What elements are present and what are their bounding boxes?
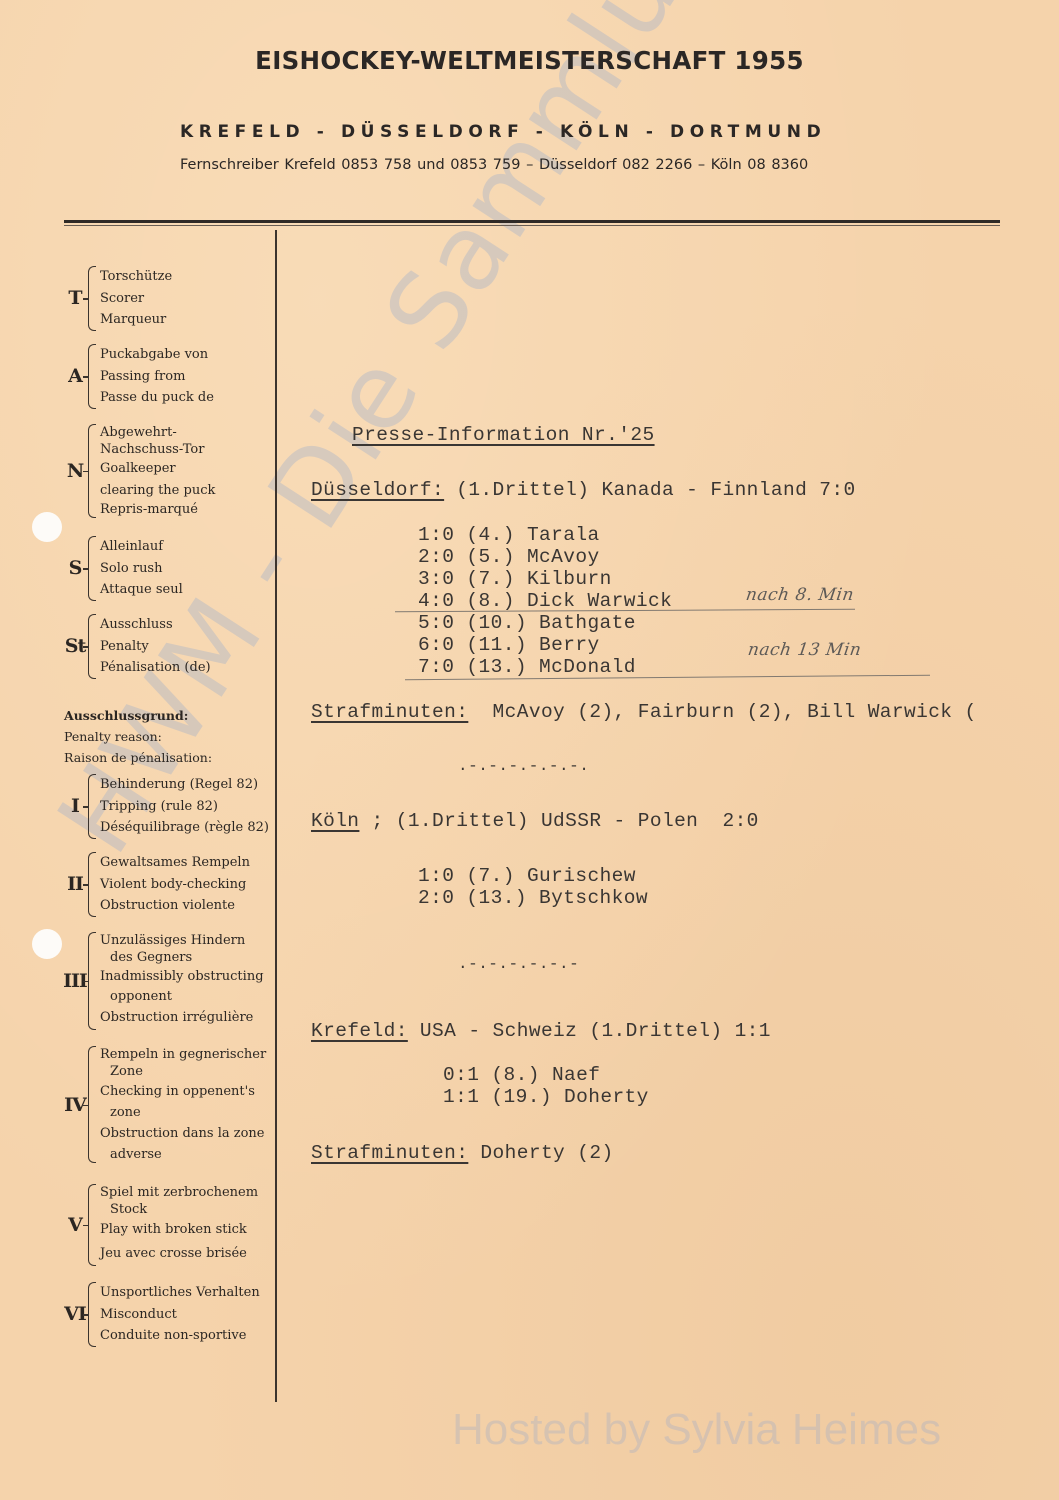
reason-III: III Unzulässiges Hindern des Gegners Ina… — [62, 932, 264, 1030]
legend-line: zone — [100, 1104, 266, 1121]
legend-line: Jeu avec crosse brisée — [100, 1242, 258, 1266]
goal-row: 1:1 (19.) Doherty — [443, 1086, 649, 1108]
game-summary: (1.Drittel) Kanada - Finnland 7:0 — [444, 479, 855, 501]
legend-line: Abgewehrt- — [100, 424, 215, 441]
legend-line: adverse — [100, 1146, 266, 1163]
goal-list-koeln: 1:0 (7.) Gurischew 2:0 (13.) Bytschkow — [418, 865, 648, 909]
goal-row: 6:0 (11.) Berry — [418, 634, 672, 656]
legend-line: Unzulässiges Hindern — [100, 932, 264, 949]
goal-row: 3:0 (7.) Kilburn — [418, 568, 672, 590]
legend-line: Passe du puck de — [100, 387, 214, 409]
penalties-list: McAvoy (2), Fairburn (2), Bill Warwick ( — [468, 701, 976, 723]
legend-line: Repris-marqué — [100, 501, 215, 518]
legend-line: Stock — [100, 1201, 258, 1218]
brace-icon — [88, 932, 96, 1030]
legend-line: Checking in oppenent's — [100, 1080, 266, 1104]
legend-assist: A Puckabgabe von Passing from Passe du p… — [62, 344, 214, 409]
legend-line: Attaque seul — [100, 579, 183, 601]
press-heading: Presse-Information Nr.'25 — [352, 424, 655, 446]
document-title: EISHOCKEY-WELTMEISTERSCHAFT 1955 — [11, 46, 1049, 75]
heading-en: Penalty reason: — [64, 726, 212, 747]
brace-icon — [88, 344, 96, 409]
penalties-duesseldorf: Strafminuten: McAvoy (2), Fairburn (2), … — [311, 701, 977, 723]
legend-line: Violent body-checking — [100, 874, 250, 896]
penalty-reason-heading: Ausschlussgrund: Penalty reason: Raison … — [64, 705, 212, 768]
reason-I: I Behinderung (Regel 82) Tripping (rule … — [62, 774, 269, 839]
venue-label: Köln — [311, 810, 359, 832]
legend-line: Conduite non-sportive — [100, 1325, 260, 1347]
legend-line: Misconduct — [100, 1304, 260, 1326]
game-summary: USA - Schweiz (1.Drittel) 1:1 — [408, 1020, 771, 1042]
legend-line: Nachschuss-Tor — [100, 441, 215, 458]
legend-line: Play with broken stick — [100, 1218, 258, 1242]
legend-line: Rempeln in gegnerischer — [100, 1046, 266, 1063]
legend-line: Behinderung (Regel 82) — [100, 774, 269, 796]
header-rule-thick — [64, 220, 1000, 223]
legend-line: Inadmissibly obstructing — [100, 966, 264, 988]
reason-V: V Spiel mit zerbrochenem Stock Play with… — [62, 1184, 258, 1266]
host-cities: KREFELD - DÜSSELDORF - KÖLN - DORTMUND — [180, 122, 900, 142]
brace-icon — [88, 266, 96, 331]
goal-row: 1:0 (4.) Tarala — [418, 524, 672, 546]
section-separator: .-.-.-.-.-.-. — [458, 757, 589, 775]
goal-row: 4:0 (8.) Dick Warwick — [418, 590, 672, 612]
penalties-krefeld: Strafminuten: Doherty (2) — [311, 1142, 614, 1164]
brace-icon — [88, 424, 96, 518]
game-header-krefeld: Krefeld: USA - Schweiz (1.Drittel) 1:1 — [311, 1020, 771, 1042]
handwritten-note: nach 13 Min — [747, 640, 863, 660]
goal-row: 7:0 (13.) McDonald — [418, 656, 672, 678]
legend-line: Alleinlauf — [100, 536, 183, 558]
legend-line: Zone — [100, 1063, 266, 1080]
legend-line: Solo rush — [100, 558, 183, 580]
game-header-duesseldorf: Düsseldorf: (1.Drittel) Kanada - Finnlan… — [311, 479, 856, 501]
reason-IV: IV Rempeln in gegnerischer Zone Checking… — [62, 1046, 266, 1163]
goal-row: 2:0 (5.) McAvoy — [418, 546, 672, 568]
goal-row: 2:0 (13.) Bytschkow — [418, 887, 648, 909]
legend-line: Gewaltsames Rempeln — [100, 852, 250, 874]
brace-icon — [88, 614, 96, 679]
goal-row: 1:0 (7.) Gurischew — [418, 865, 648, 887]
legend-line: Déséquilibrage (règle 82) — [100, 817, 269, 839]
legend-line: Torschütze — [100, 266, 172, 288]
brace-icon — [88, 852, 96, 917]
legend-penalty: St Ausschluss Penalty Pénalisation (de) — [62, 614, 211, 679]
hosted-by-watermark: Hosted by Sylvia Heimes — [452, 1405, 941, 1455]
penalties-label: Strafminuten: — [311, 701, 468, 723]
venue-label: Krefeld: — [311, 1020, 408, 1042]
penalties-list: Doherty (2) — [468, 1142, 613, 1164]
brace-icon — [88, 1282, 96, 1347]
legend-line: Obstruction violente — [100, 895, 250, 917]
reason-II: II Gewaltsames Rempeln Violent body-chec… — [62, 852, 250, 917]
punch-hole-top — [32, 512, 62, 542]
header-rule-thin — [64, 225, 1000, 226]
venue-label: Düsseldorf: — [311, 479, 444, 501]
handwritten-note: nach 8. Min — [745, 585, 856, 605]
legend-line: des Gegners — [100, 949, 264, 966]
brace-icon — [88, 1046, 96, 1163]
legend-line: Obstruction dans la zone — [100, 1121, 266, 1146]
goal-row: 5:0 (10.) Bathgate — [418, 612, 672, 634]
legend-line: Spiel mit zerbrochenem — [100, 1184, 258, 1201]
reason-VI: VI Unsportliches Verhalten Misconduct Co… — [62, 1282, 260, 1347]
legend-line: Unsportliches Verhalten — [100, 1282, 260, 1304]
legend-line: Penalty — [100, 636, 211, 658]
heading-fr: Raison de pénalisation: — [64, 747, 212, 768]
game-summary: ; (1.Drittel) UdSSR - Polen 2:0 — [359, 810, 758, 832]
legend-line: Goalkeeper — [100, 458, 215, 480]
legend-line: Obstruction irrégulière — [100, 1005, 264, 1030]
goal-list-krefeld: 0:1 (8.) Naef 1:1 (19.) Doherty — [443, 1064, 649, 1108]
heading-de: Ausschlussgrund: — [64, 705, 212, 726]
brace-icon — [88, 536, 96, 601]
legend-solo: S Alleinlauf Solo rush Attaque seul — [62, 536, 183, 601]
column-divider — [275, 230, 277, 1402]
legend-line: opponent — [100, 988, 264, 1005]
legend-scorer: T Torschütze Scorer Marqueur — [62, 266, 172, 331]
goal-row: 0:1 (8.) Naef — [443, 1064, 649, 1086]
telex-numbers: Fernschreiber Krefeld 0853 758 und 0853 … — [180, 157, 900, 173]
legend-line: Pénalisation (de) — [100, 657, 211, 679]
legend-rebound: N Abgewehrt- Nachschuss-Tor Goalkeeper c… — [62, 424, 215, 518]
goal-list-duesseldorf: 1:0 (4.) Tarala 2:0 (5.) McAvoy 3:0 (7.)… — [418, 524, 672, 678]
legend-line: Passing from — [100, 366, 214, 388]
punch-hole-bottom — [32, 929, 62, 959]
brace-icon — [88, 774, 96, 839]
legend-line: Tripping (rule 82) — [100, 796, 269, 818]
legend-line: clearing the puck — [100, 480, 215, 502]
legend-line: Scorer — [100, 288, 172, 310]
legend-line: Puckabgabe von — [100, 344, 214, 366]
section-separator: .-.-.-.-.-.- — [458, 955, 579, 973]
penalties-label: Strafminuten: — [311, 1142, 468, 1164]
legend-line: Ausschluss — [100, 614, 211, 636]
game-header-koeln: Köln ; (1.Drittel) UdSSR - Polen 2:0 — [311, 810, 759, 832]
brace-icon — [88, 1184, 96, 1266]
legend-line: Marqueur — [100, 309, 172, 331]
